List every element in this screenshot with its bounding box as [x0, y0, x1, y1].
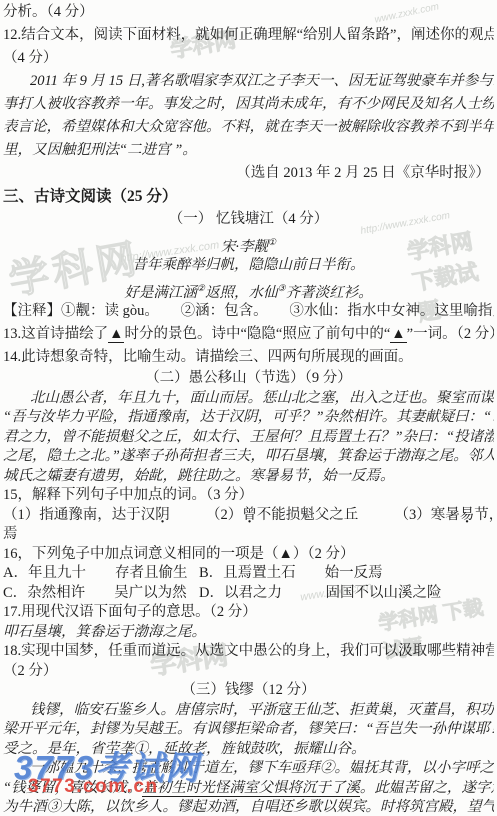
qianliu-passage-line: 钱镠，临安石鉴乡人。唐僖宗时，平浙寇王仙芝、拒黄巢，灭董昌，积功自显。 [3, 701, 494, 721]
question-text: 时分的景色。诗中“隐隐“照应了前句中的“ [124, 326, 390, 342]
poem-text: 好是满江涵 [124, 285, 197, 300]
item-text: 不能损魁父之丘 （3）寒暑 [257, 507, 460, 523]
poem-author-name: 宋·李觏 [221, 239, 268, 254]
section-heading: 三、古诗文阅读（25 分） [3, 185, 494, 208]
qianliu-passage-line: 梁开平元年，封镠为吴越王。有讽镠拒梁命者，镠笑曰：“吾岂失一孙仲谋耶！”遂 [3, 720, 494, 740]
question-13: 13.这首诗描绘了▲时分的景色。诗中“隐隐“照应了前句中的“▲”一词。（2 分） [3, 323, 494, 346]
part1-title: （一） 忆钱塘江（4 分） [3, 208, 494, 231]
analysis-score-line: 分析。（4 分） [3, 1, 494, 24]
poem-text: 返照，水仙 [205, 285, 278, 300]
question-12-line1: 12.结合文本，阅读下面材料，就如何正确理解“给别人留条路”，阐述你的观点。 [3, 24, 494, 47]
poem-author: 宋·李觏① [3, 231, 494, 254]
item-text: （2） [170, 507, 243, 523]
dotted-word: 阴 [155, 507, 170, 523]
yugong-passage-line: 君之力，曾不能损魁父之丘，如太行、王屋何？且焉置土石？”杂曰：“投诸渤海 [3, 428, 494, 448]
item-text: （1）指通豫南，达于汉 [3, 507, 155, 523]
qianliu-passage-line: 为牛酒③大陈，以饮乡人。镠起劝酒，自唱还乡歌以娱宾。时将筑宫殿，望气者④ [3, 798, 494, 816]
question-17-sentence: 叩石垦壤，箕畚运于渤海之尾。 [3, 623, 494, 643]
option-row-cd: C．杂然相许 吴广以为然D．以君之力 固国不以山溪之险 [3, 584, 494, 604]
yugong-passage-line: 北山愚公者，年且九十，面山而居。惩山北之塞，出入之迂也。聚室而谋曰： [3, 389, 494, 409]
poem-line-2: 好是满江涵②返照，水仙③齐著淡红衫。 [3, 277, 494, 300]
yugong-passage-line: 之尾，隐土之北。”遂率子孙荷担者三夫，叩石垦壤，箕畚运于渤海之尾。邻人京 [3, 447, 494, 467]
question-16: 16，下列兔子中加点词意义相同的一项是（▲）（2 分） [3, 545, 494, 565]
part3-title: （三）钱缪（12 分） [3, 681, 494, 701]
note-marker: ③ [278, 283, 286, 293]
yugong-passage-line: “吾与汝毕力平险，指通豫南，达于汉阴，可乎？”杂然相许。其妻献疑曰：“以 [3, 408, 494, 428]
blank-triangle: ▲ [390, 326, 406, 343]
exam-paper-page: www.zxxk.com 学科网 学科网 http://www.zxxk.com… [0, 0, 497, 816]
option-a: A．年且九十 存者且偷生 [3, 564, 199, 584]
brand-watermark-url: 3773.com.cn [28, 776, 159, 798]
yugong-passage-line: 城氏之孀妻有遗男，始龀，跳往助之。寒暑易节，始一反焉。 [3, 467, 494, 487]
note-marker: ② [197, 283, 205, 293]
question-18-line2: （2 分） [3, 662, 494, 682]
material-paragraph-line: 表言论，希望媒体和大众宽容他。不料，就在李天一被解除收容教养不到半年时间 [3, 116, 494, 139]
blank-triangle: ▲ [108, 326, 124, 343]
question-15: 15，解释下列句子中加点的词。（3 分） [3, 486, 494, 506]
option-b: B．且焉置土石 始一反焉 [199, 565, 383, 581]
source-citation: （选自 2013 年 2 月 25 日《京华时报》） [3, 162, 494, 185]
question-text: ”一词。（2 分） [407, 326, 494, 342]
question-15-items: （1）指通豫南，达于汉阴 （2）曾不能损魁父之丘 （3）寒暑易节，始一反 [3, 506, 494, 526]
material-paragraph-line: 里，又因触犯刑法“二进宫 ”。 [3, 139, 494, 162]
question-15-wrap: 焉 [3, 525, 494, 545]
poem-notes-line: 【注释】①觏：读 gòu。 ②涵：包含。 ③水仙：指水中女神。这里喻指归帆。 [3, 300, 494, 323]
dotted-word: 曾 [242, 507, 257, 523]
exam-text-column: 分析。（4 分） 12.结合文本，阅读下面材料，就如何正确理解“给别人留条路”，… [0, 0, 497, 816]
question-17: 17.用现代汉语下面句子的意思。（2 分） [3, 603, 494, 623]
question-14: 14.此诗想象奇特，比喻生动。请描绘三、四两句所展现的画面。 [3, 346, 494, 369]
poem-line-1: 昔年乘醉举归帆，隐隐山前日半衔。 [3, 254, 494, 277]
poem-text: 齐著淡红衫。 [286, 285, 373, 300]
passage-text: 。此媪苦留之，遂字焉。 [360, 780, 494, 796]
question-12-line2: （4 分） [3, 47, 494, 70]
material-paragraph-line: 2011 年 9 月 15 日,著名歌唱家李双江之子李天一、因无证驾驶豪车并参与… [3, 70, 494, 93]
part2-title: （二）愚公移山（节选）（9 分） [3, 369, 494, 389]
question-18-line1: 18.实现中国梦，任重而道远。从选文中愚公的身上，我们可以汲取哪些精神营养？ [3, 642, 494, 662]
dotted-word: 易 [460, 507, 475, 523]
option-d: D．以君之力 固国不以山溪之险 [199, 585, 441, 601]
item-text: 节，始一反 [474, 507, 494, 523]
option-row-ab: A．年且九十 存者且偷生B．且焉置土石 始一反焉 [3, 564, 494, 584]
option-c: C．杂然相许 吴广以为然 [3, 584, 199, 604]
question-text: 13.这首诗描绘了 [3, 326, 108, 342]
note-marker: ① [268, 237, 276, 247]
material-paragraph-line: 事打人被收容教养一年。事发之时，因其尚未成年，有不少网民及知名人士纷纷发 [3, 93, 494, 116]
